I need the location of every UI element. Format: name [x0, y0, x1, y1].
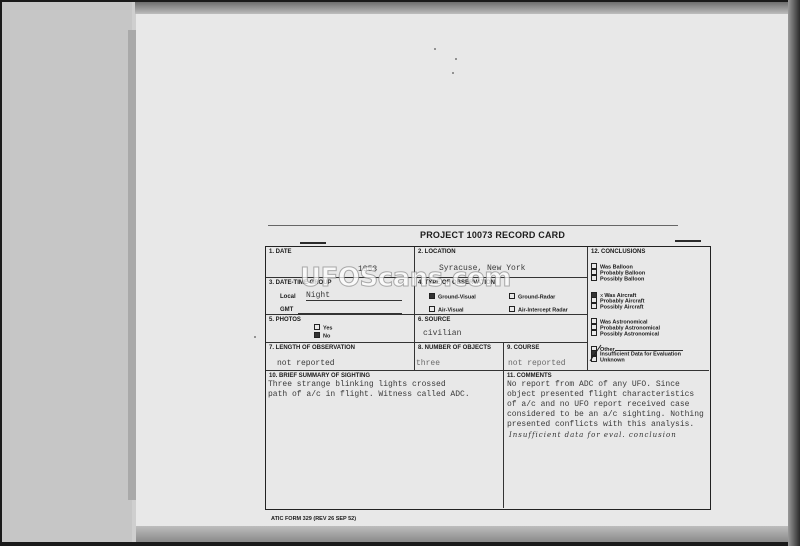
option-ground-visual: Ground-Visual: [429, 294, 476, 300]
course-value: not reported: [508, 359, 566, 368]
photos-cell: 5. PHOTOS Yes No: [266, 315, 415, 343]
source-value: civilian: [423, 329, 461, 338]
option-air-visual: Air-Visual: [429, 307, 464, 313]
comments-line: object presented flight characteristics: [507, 390, 694, 399]
number-of-objects-cell: 8. NUMBER OF OBJECTS three: [415, 343, 504, 371]
course-label: 9. COURSE: [507, 345, 539, 351]
card-title: PROJECT 10073 RECORD CARD: [420, 230, 565, 240]
comments-line: of a/c and no UFO report received case: [507, 400, 689, 409]
option-air-intercept-radar: Air-Intercept Radar: [509, 307, 568, 313]
checkbox-icon: [314, 332, 320, 338]
form-number: ATIC FORM 329 (REV 26 SEP 52): [271, 516, 356, 522]
watermark: UFOScans.com: [300, 263, 511, 293]
dust-speck: [455, 58, 457, 60]
date-label: 1. DATE: [269, 249, 292, 255]
local-label: Local: [280, 294, 296, 300]
checkbox-icon: [429, 293, 435, 299]
length-of-observation-label: 7. LENGTH OF OBSERVATION: [269, 345, 355, 351]
dust-speck: [452, 72, 454, 74]
bottom-edge-shadow: [136, 526, 788, 542]
checkbox-icon: [591, 303, 597, 309]
length-of-observation-cell: 7. LENGTH OF OBSERVATION not reported: [266, 343, 415, 371]
location-label: 2. LOCATION: [418, 249, 456, 255]
checkbox-icon: [591, 330, 597, 336]
conclusion-possibly-astronomical: Possibly Astronomical: [591, 331, 659, 337]
conclusion-possibly-aircraft: Possibly Aircraft: [591, 304, 644, 310]
checkbox-icon: [509, 293, 515, 299]
summary-cell: 10. BRIEF SUMMARY OF SIGHTING Three stra…: [266, 371, 504, 508]
gmt-field: [298, 306, 402, 314]
handwritten-note: Insufficient data for eval. conclusion: [509, 431, 677, 439]
comments-line: No report from ADC of any UFO. Since: [507, 380, 680, 389]
checkbox-icon: [509, 306, 515, 312]
right-edge-shadow: [788, 0, 800, 546]
number-of-objects-value: three: [416, 359, 440, 368]
option-ground-radar: Ground-Radar: [509, 294, 555, 300]
conclusions-label: 12. CONCLUSIONS: [591, 249, 645, 255]
comments-line: presented conflicts with this analysis.: [507, 420, 694, 429]
ink-mark: [300, 242, 326, 244]
page-fold-shadow: [128, 30, 136, 500]
conclusions-cell: 12. CONCLUSIONS Was Balloon Probably Bal…: [588, 247, 709, 371]
dust-speck: [254, 336, 256, 338]
checkbox-icon: [591, 275, 597, 281]
top-rule: [268, 225, 678, 226]
conclusion-possibly-balloon: Possibly Balloon: [591, 276, 644, 282]
check-slash-icon: [589, 343, 603, 363]
length-of-observation-value: not reported: [277, 359, 335, 368]
summary-line: Three strange blinking lights crossed: [268, 380, 446, 389]
photos-no: No: [314, 333, 330, 339]
summary-line: path of a/c in flight. Witness called AD…: [268, 390, 470, 399]
photos-yes: Yes: [314, 325, 332, 331]
photos-label: 5. PHOTOS: [269, 317, 301, 323]
summary-label: 10. BRIEF SUMMARY OF SIGHTING: [269, 373, 370, 379]
source-label: 6. SOURCE: [418, 317, 450, 323]
gmt-label: GMT: [280, 307, 293, 313]
checkbox-icon: [314, 324, 320, 330]
course-cell: 9. COURSE not reported: [504, 343, 588, 371]
number-of-objects-label: 8. NUMBER OF OBJECTS: [418, 345, 491, 351]
checkbox-icon: [429, 306, 435, 312]
adjacent-page: [2, 2, 132, 542]
comments-cell: 11. COMMENTS No report from ADC of any U…: [504, 371, 709, 508]
comments-label: 11. COMMENTS: [507, 373, 552, 379]
top-edge-shadow: [135, 2, 800, 14]
dust-speck: [434, 48, 436, 50]
comments-line: considered to be an a/c sighting. Nothin…: [507, 410, 704, 419]
source-cell: 6. SOURCE civilian: [415, 315, 588, 343]
ink-mark: [675, 240, 701, 242]
